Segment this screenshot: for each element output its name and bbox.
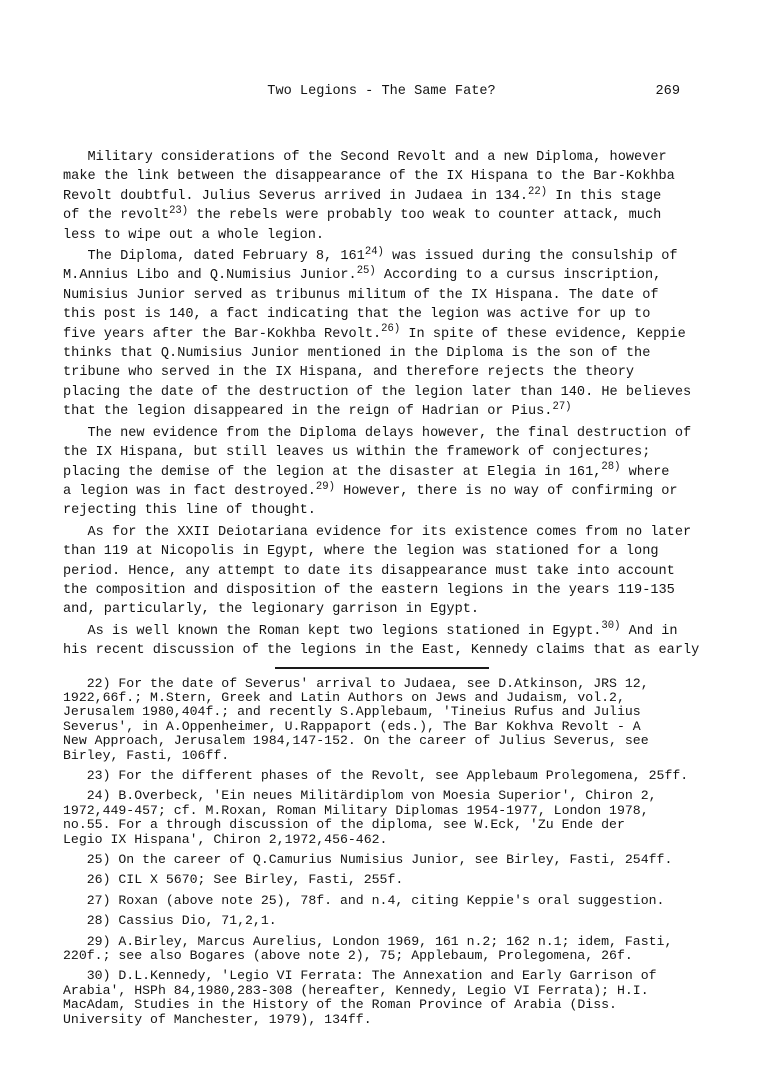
footnote-separator <box>275 667 489 669</box>
body-text: Military considerations of the Second Re… <box>63 148 700 661</box>
paragraph: As is well known the Roman kept two legi… <box>63 622 700 661</box>
footnote: 29) A.Birley, Marcus Aurelius, London 19… <box>63 935 700 964</box>
footnote: 30) D.L.Kennedy, 'Legio VI Ferrata: The … <box>63 969 700 1027</box>
footnote: 26) CIL X 5670; See Birley, Fasti, 255f. <box>63 873 700 887</box>
footnote: 23) For the different phases of the Revo… <box>63 769 700 783</box>
page-header: Two Legions - The Same Fate? 269 <box>63 82 700 102</box>
paragraph: Military considerations of the Second Re… <box>63 148 700 245</box>
paragraph: The new evidence from the Diploma delays… <box>63 424 700 521</box>
footnote: 28) Cassius Dio, 71,2,1. <box>63 914 700 928</box>
page-number: 269 <box>656 82 680 102</box>
document-page: Two Legions - The Same Fate? 269 Militar… <box>0 0 760 1081</box>
paragraph: The Diploma, dated February 8, 16124) wa… <box>63 247 700 422</box>
page-title: Two Legions - The Same Fate? <box>63 82 700 102</box>
footnotes: 22) For the date of Severus' arrival to … <box>63 677 700 1028</box>
footnote: 22) For the date of Severus' arrival to … <box>63 677 700 763</box>
footnote: 24) B.Overbeck, 'Ein neues Militärdiplom… <box>63 789 700 847</box>
paragraph: As for the XXII Deiotariana evidence for… <box>63 523 700 620</box>
footnote: 27) Roxan (above note 25), 78f. and n.4,… <box>63 894 700 908</box>
footnote: 25) On the career of Q.Camurius Numisius… <box>63 853 700 867</box>
